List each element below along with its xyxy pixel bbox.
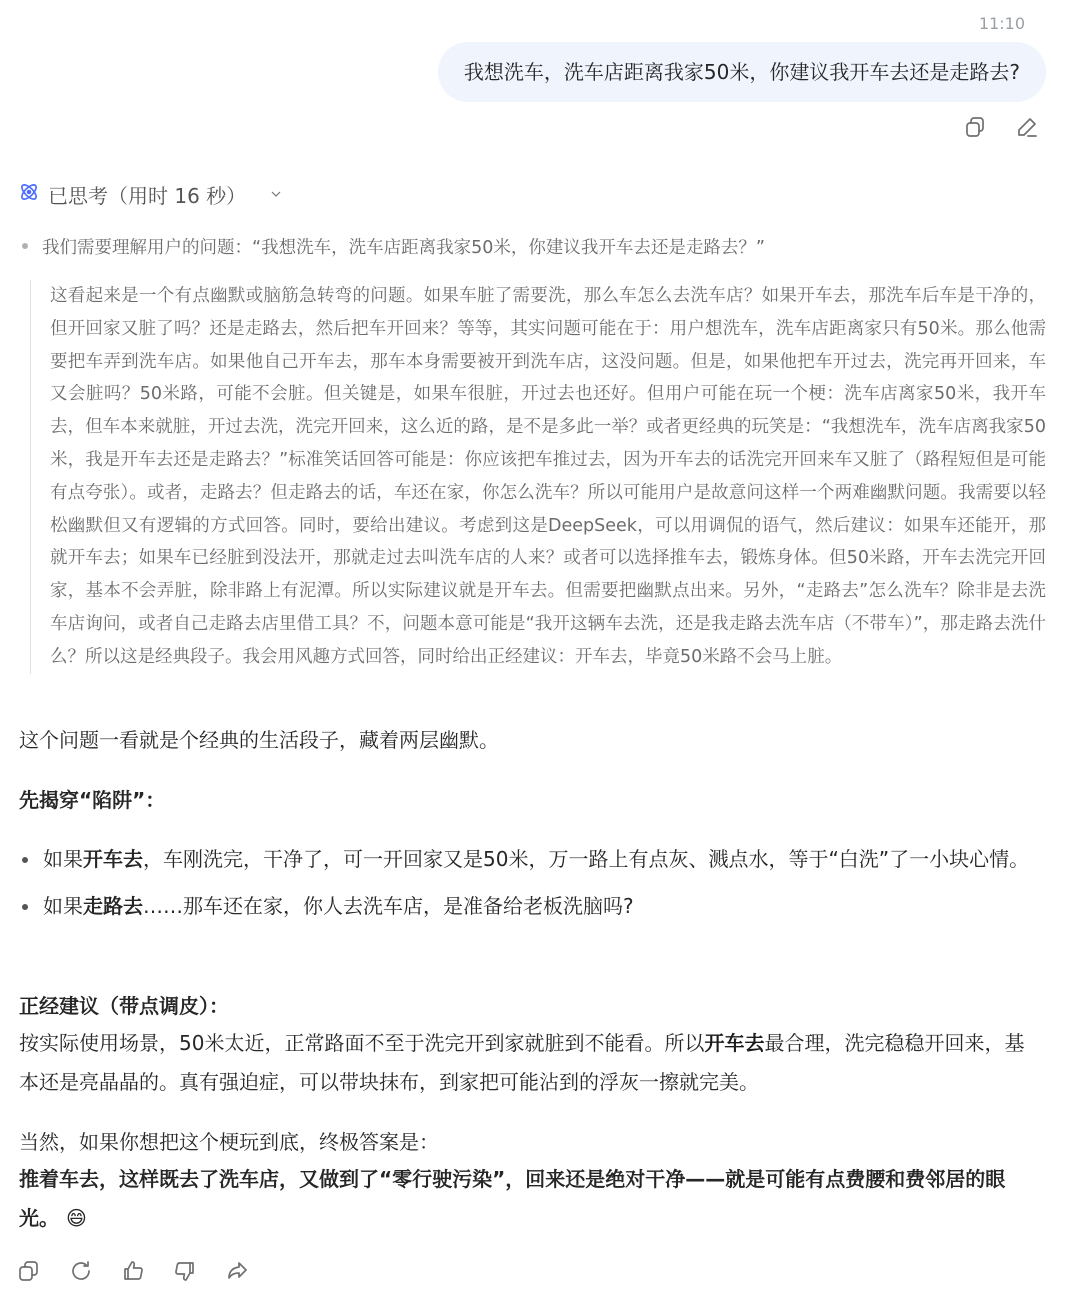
grin-emoji-icon: 😄 xyxy=(66,1206,87,1230)
thinking-body: 这看起来是一个有点幽默或脑筋急转弯的问题。如果车脏了需要洗，那么车怎么去洗车店？… xyxy=(30,280,1050,674)
copy-icon[interactable] xyxy=(962,114,988,140)
regenerate-icon[interactable] xyxy=(68,1258,94,1284)
response-actions xyxy=(16,1258,250,1284)
list-item: 如果开车去，车刚洗完，干净了，可一开回家又是50米，万一路上有点灰、溅点水，等于… xyxy=(19,840,1041,879)
answer-section-title-advice: 正经建议（带点调皮）： xyxy=(19,990,1041,1019)
list-item: 如果走路去……那车还在家，你人去洗车店，是准备给老板洗脑吗? xyxy=(19,887,1041,926)
thumbs-down-icon[interactable] xyxy=(172,1258,198,1284)
thinking-label: 已思考（用时 16 秒） xyxy=(48,180,246,209)
answer-intro: 这个问题一看就是个经典的生活段子，藏着两层幽默。 xyxy=(19,724,1041,753)
share-icon[interactable] xyxy=(224,1258,250,1284)
thinking-first-text: 我们需要理解用户的问题：“我想洗车，洗车店距离我家50米，你建议我开车去还是走路… xyxy=(42,234,765,259)
answer-ultimate: 推着车去，这样既去了洗车店，又做到了“零行驶污染”，回来还是绝对干净——就是可能… xyxy=(19,1160,1041,1238)
edit-icon[interactable] xyxy=(1014,114,1040,140)
answer-bullet-list: 如果开车去，车刚洗完，干净了，可一开回家又是50米，万一路上有点灰、溅点水，等于… xyxy=(19,840,1041,934)
chevron-down-icon[interactable] xyxy=(268,183,284,207)
answer-advice: 按实际使用场景，50米太近，正常路面不至于洗完开到家就脏到不能看。所以开车去最合… xyxy=(19,1024,1041,1102)
user-message-bubble: 我想洗车，洗车店距离我家50米，你建议我开车去还是走路去? xyxy=(438,42,1046,102)
deepthink-atom-icon xyxy=(18,181,40,208)
bullet-dot xyxy=(22,243,28,249)
answer-ultimate-intro: 当然，如果你想把这个梗玩到底，终极答案是： xyxy=(19,1126,1041,1155)
thinking-toggle[interactable]: 已思考（用时 16 秒） xyxy=(18,180,284,209)
user-message-actions xyxy=(962,114,1040,140)
thumbs-up-icon[interactable] xyxy=(120,1258,146,1284)
timestamp: 11:10 xyxy=(979,14,1025,33)
thinking-first-line: 我们需要理解用户的问题：“我想洗车，洗车店距离我家50米，你建议我开车去还是走路… xyxy=(22,234,1060,259)
answer-section-title-trap: 先揭穿“陷阱”： xyxy=(19,784,1041,813)
copy-icon[interactable] xyxy=(16,1258,42,1284)
